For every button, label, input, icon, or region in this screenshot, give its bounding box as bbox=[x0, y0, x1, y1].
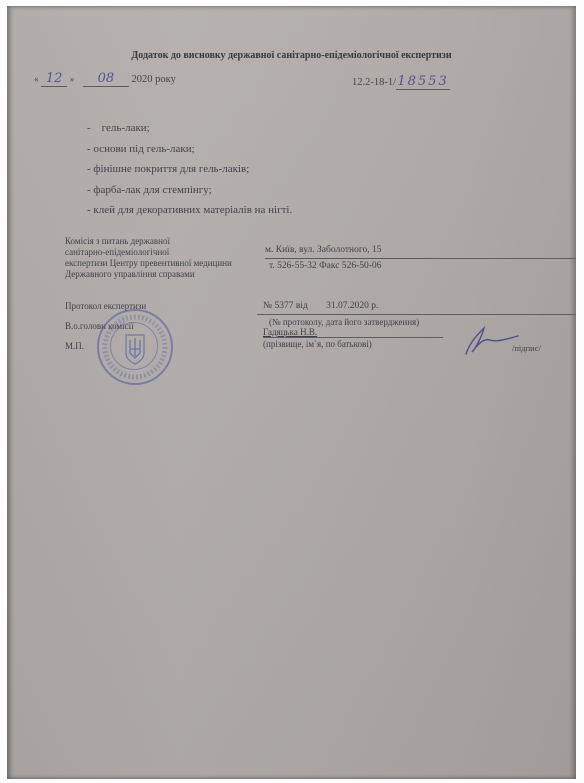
trident-emblem-icon bbox=[99, 311, 171, 383]
product-list: - гель-лаки; - основи під гель-лаки; - ф… bbox=[87, 118, 292, 221]
protocol-caption: (№ протоколу, дата його затвердження) bbox=[269, 317, 419, 327]
divider bbox=[427, 258, 576, 259]
protocol-number-label: № 5377 від bbox=[263, 301, 308, 311]
document-page: Додаток до висновку державної санітарно-… bbox=[7, 6, 576, 779]
official-seal bbox=[97, 309, 173, 385]
date-day: 12 bbox=[41, 71, 67, 87]
reg-prefix: 12.2-18-1/ bbox=[352, 77, 396, 88]
protocol-date: 31.07.2020 р. bbox=[326, 301, 378, 311]
list-item: - фінішне покриття для гель-лаків; bbox=[87, 159, 292, 179]
date-year: 2020 року bbox=[132, 74, 176, 85]
commission-line: експертизи Центру превентивної медицини bbox=[65, 258, 232, 269]
signature-caption: /підпис/ bbox=[512, 343, 541, 353]
address: м. Київ, вул. Заболотного, 15 bbox=[265, 243, 522, 259]
seal-label: М.П. bbox=[65, 341, 84, 351]
commission-block: Комісія з питань державної санітарно-епі… bbox=[65, 236, 232, 280]
commission-line: Державного управління справами bbox=[65, 269, 232, 280]
protocol-underline bbox=[257, 314, 576, 315]
document-date: « 12 » 08 2020 року bbox=[34, 71, 176, 87]
head-name: Гадяцька Н.В. bbox=[263, 327, 317, 337]
commission-line: санітарно-епідеміологічної bbox=[65, 247, 232, 258]
reg-number: 18553 bbox=[396, 74, 450, 90]
list-item: - гель-лаки; bbox=[87, 118, 292, 138]
list-item: - клей для декоративних матеріалів на ні… bbox=[87, 200, 292, 220]
protocol-number: № 5377 від 31.07.2020 р. bbox=[263, 301, 378, 311]
list-item: - фарба-лак для стемпінгу; bbox=[87, 180, 292, 200]
name-caption: (прізвище, ім`я, по батькові) bbox=[263, 339, 372, 349]
name-underline bbox=[263, 337, 443, 338]
list-item: - основи під гель-лаки; bbox=[87, 139, 292, 159]
commission-line: Комісія з питань державної bbox=[65, 236, 232, 247]
phones: т. 526-55-32 Факс 526-50-06 bbox=[265, 259, 522, 274]
registration-number: 12.2-18-1/18553 bbox=[352, 74, 450, 90]
document-title: Додаток до висновку державної санітарно-… bbox=[7, 50, 576, 61]
date-quote-open: « bbox=[34, 74, 39, 84]
date-month: 08 bbox=[83, 71, 129, 87]
